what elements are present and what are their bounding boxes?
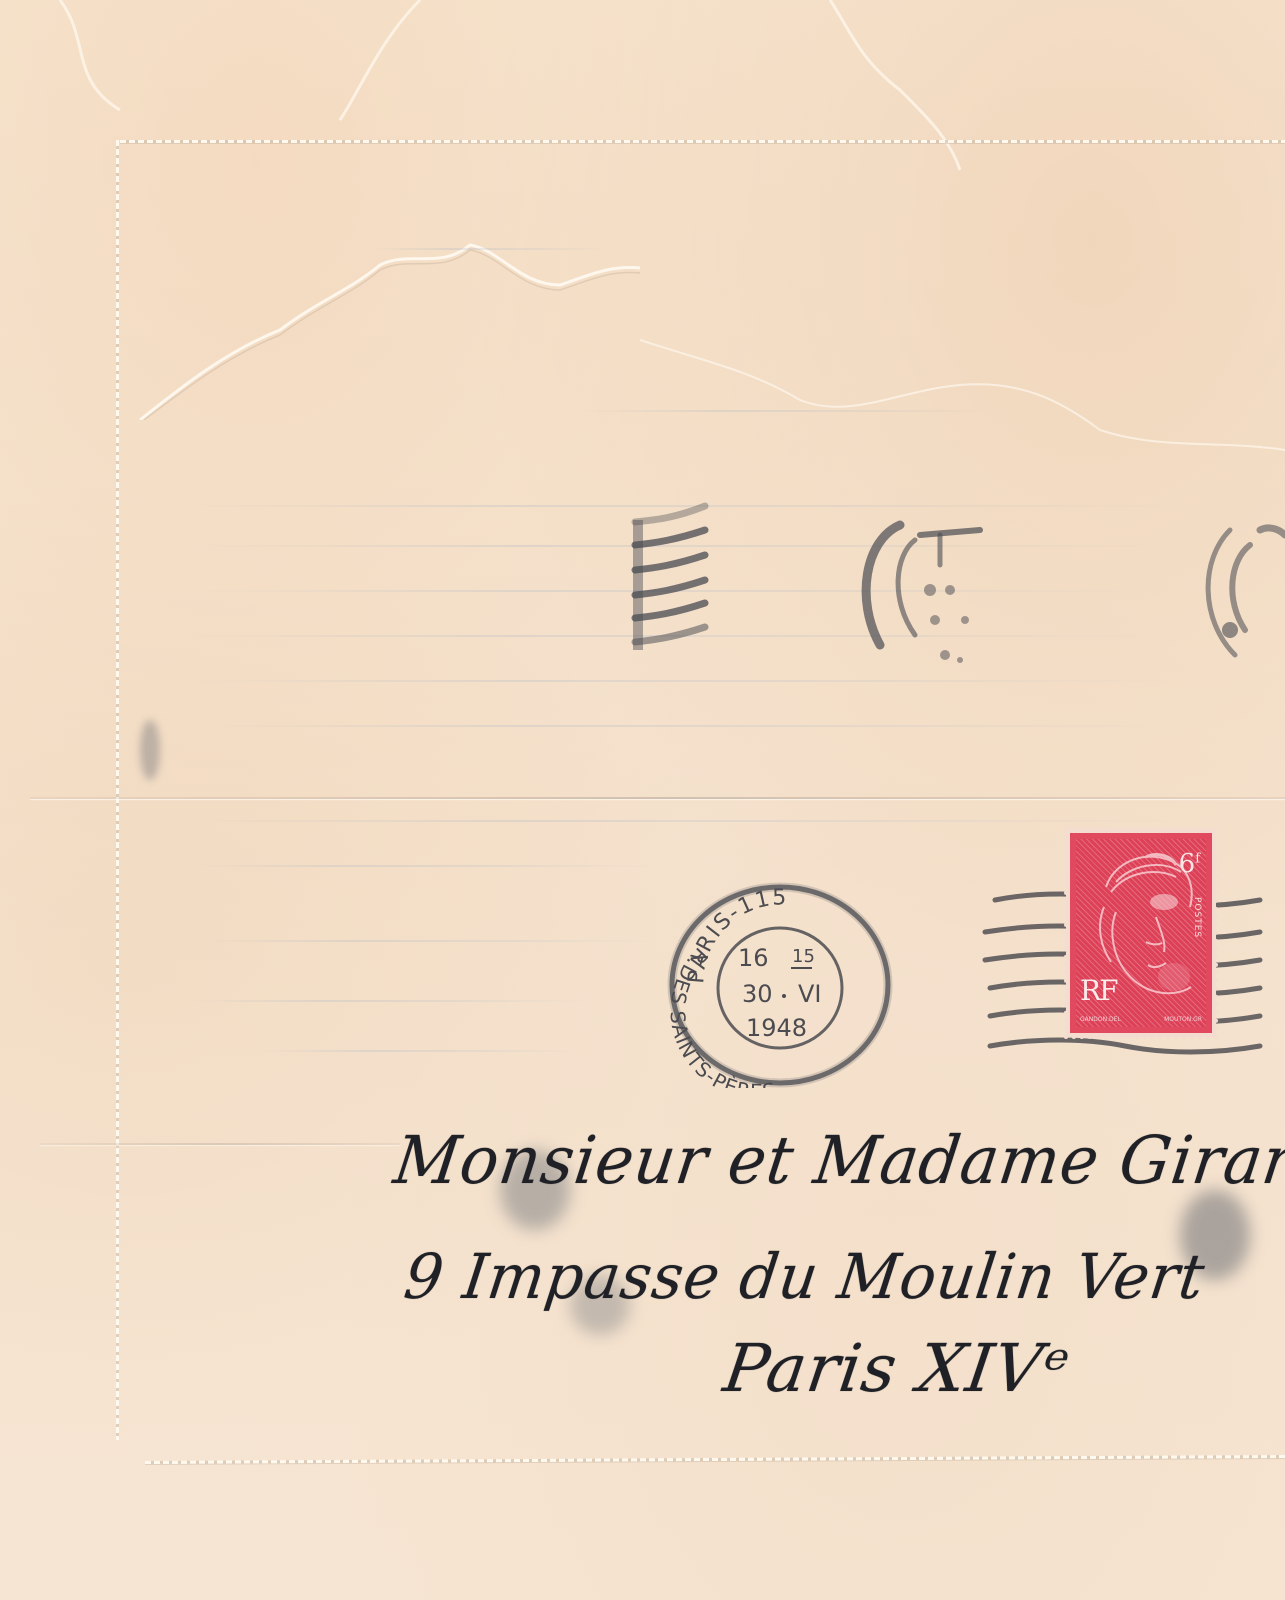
- ink-smudge: [140, 720, 160, 780]
- show-through-text: [200, 725, 1160, 727]
- address-line-city: Paris XIVᵉ: [719, 1330, 1074, 1407]
- show-through-text: [260, 1050, 580, 1052]
- faded-circular-cancel-edge: [1190, 490, 1285, 670]
- show-through-text: [190, 680, 1170, 682]
- circular-date-postmark: PARIS-115 R.DES SAINTS-PÈRES 16 15 30 VI…: [664, 882, 896, 1088]
- postmark-day: 30: [742, 980, 773, 1008]
- show-through-text: [580, 410, 1000, 412]
- perforation-line-bottom: [145, 1455, 1285, 1464]
- postmark-year: 1948: [746, 1014, 807, 1042]
- postmark-hour: 16: [738, 944, 769, 972]
- letter-card: 6f POSTES RF GANDON.DEL MOUTON.GR PARIS-…: [0, 0, 1285, 1600]
- paper-crease-middle: [640, 330, 1285, 460]
- fold-line-lower: [40, 1143, 400, 1145]
- stamp-value: 6f: [1179, 849, 1200, 879]
- show-through-text: [200, 940, 660, 942]
- faded-wavy-cancel: [625, 500, 715, 670]
- address-line-street: 9 Impasse du Moulin Vert: [400, 1240, 1209, 1313]
- postage-stamp: 6f POSTES RF GANDON.DEL MOUTON.GR: [1070, 833, 1212, 1033]
- stamp-postes-label: POSTES: [1192, 897, 1202, 938]
- stamp-rf-mark: RF: [1080, 974, 1117, 1007]
- perforation-line-top: [120, 140, 1285, 143]
- recipient-address: Monsieur et Madame Girard 9 Impasse du M…: [400, 1100, 1260, 1430]
- show-through-text: [180, 820, 1180, 822]
- fold-line-middle: [30, 797, 1285, 799]
- stamp-imprint: GANDON.DEL MOUTON.GR: [1080, 1016, 1202, 1023]
- perforation-line-left: [116, 140, 119, 1440]
- postmark-month: VI: [798, 980, 822, 1008]
- show-through-text: [190, 865, 660, 867]
- show-through-text: [370, 248, 610, 250]
- faded-circular-cancel: [845, 510, 985, 670]
- address-line-name: Monsieur et Madame Girard: [390, 1122, 1285, 1199]
- show-through-text: [190, 1000, 590, 1002]
- postmark-minute: 15: [792, 946, 815, 967]
